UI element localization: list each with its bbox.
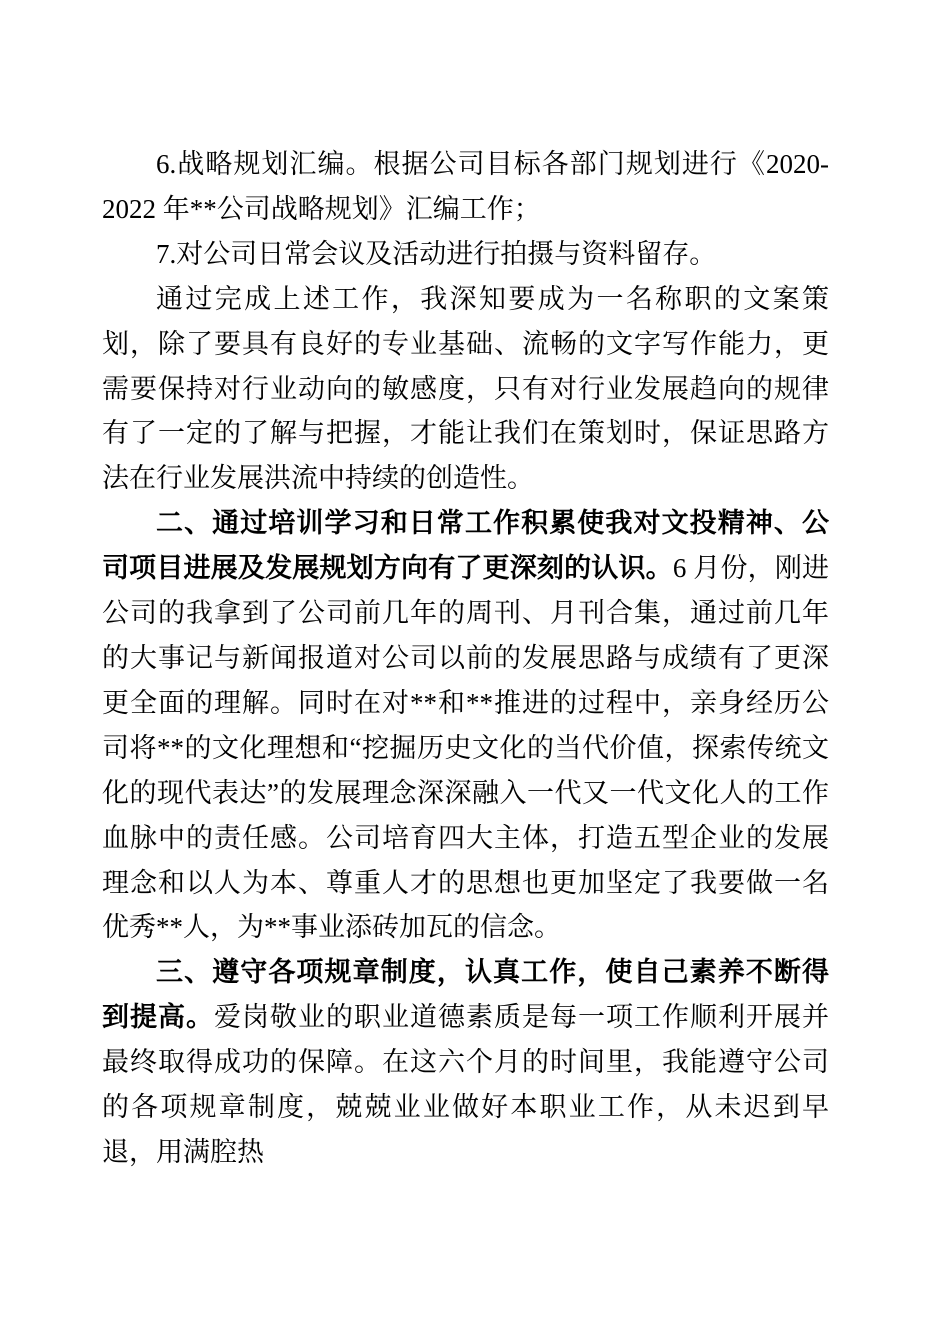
document-body: 6.战略规划汇编。根据公司目标各部门规划进行《2020-2022 年**公司战略…: [102, 142, 829, 1175]
paragraph: 二、通过培训学习和日常工作积累使我对文投精神、公司项目进展及发展规划方向有了更深…: [102, 501, 829, 950]
document-page: 6.战略规划汇编。根据公司目标各部门规划进行《2020-2022 年**公司战略…: [0, 0, 950, 1344]
text-segment: 6.战略规划汇编。根据公司目标各部门规划进行《2020-2022 年**公司战略…: [102, 149, 829, 224]
paragraph: 7.对公司日常会议及活动进行拍摄与资料留存。: [102, 232, 829, 277]
text-segment: 通过完成上述工作，我深知要成为一名称职的文案策划，除了要具有良好的专业基础、流畅…: [102, 284, 829, 494]
paragraph: 6.战略规划汇编。根据公司目标各部门规划进行《2020-2022 年**公司战略…: [102, 142, 829, 232]
text-segment: 6 月份，刚进公司的我拿到了公司前几年的周刊、月刊合集，通过前几年的大事记与新闻…: [102, 553, 829, 942]
text-segment: 7.对公司日常会议及活动进行拍摄与资料留存。: [156, 239, 716, 269]
paragraph: 通过完成上述工作，我深知要成为一名称职的文案策划，除了要具有良好的专业基础、流畅…: [102, 277, 829, 502]
paragraph: 三、遵守各项规章制度，认真工作，使自己素养不断得到提高。爱岗敬业的职业道德素质是…: [102, 950, 829, 1175]
